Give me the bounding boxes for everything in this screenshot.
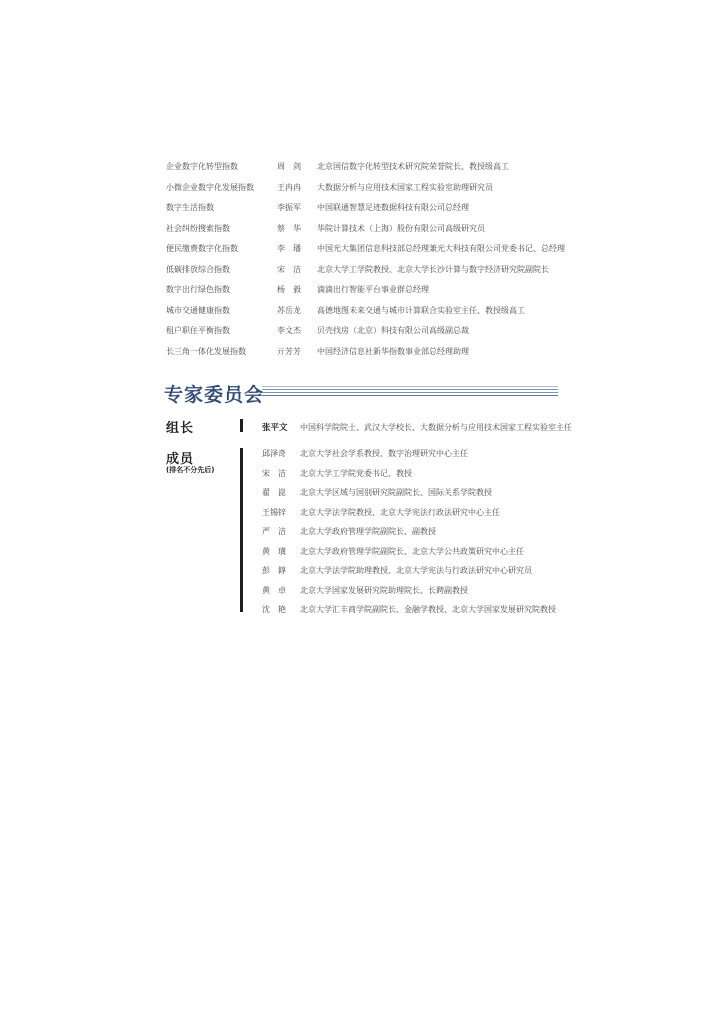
index-name: 城市交通健康指数 — [166, 301, 277, 322]
document-page: 企业数字化转型指数 周 剑 北京国信数字化转型技术研究院荣誉院长、教授级高工 小… — [0, 0, 724, 1024]
member-name: 邱泽奇 — [262, 444, 300, 464]
person-title: 中国联通智慧足迹数据科技有限公司总经理 — [317, 198, 566, 219]
advisor-row: 城市交通健康指数 苏岳龙 高德地图未来交通与城市计算联合实验室主任、教授级高工 — [166, 301, 566, 322]
member-title: 北京大学工学院党委书记、教授 — [300, 464, 562, 484]
index-name: 社会纠纷搜索指数 — [166, 219, 277, 240]
person-title: 北京大学工学院教授、北京大学长沙计算与数字经济研究院副院长 — [317, 260, 566, 281]
member-title: 北京大学法学院助理教授、北京大学宪法与行政法研究中心研究员 — [300, 561, 562, 581]
leader-title: 中国科学院院士、武汉大学校长、大数据分析与应用技术国家工程实验室主任 — [300, 422, 572, 433]
leader-divider-bar — [240, 419, 243, 432]
advisor-row: 便民缴费数字化指数 李 璠 中国光大集团信息科技部总经理兼光大科技有限公司党委书… — [166, 239, 566, 260]
member-row: 王锡锌 北京大学法学院教授、北京大学宪法行政法研究中心主任 — [262, 503, 562, 523]
advisor-row: 小微企业数字化发展指数 王冉冉 大数据分析与应用技术国家工程实验室助理研究员 — [166, 178, 566, 199]
member-name: 彭 錞 — [262, 561, 300, 581]
leader-label: 组长 — [166, 417, 194, 436]
person-title: 高德地图未来交通与城市计算联合实验室主任、教授级高工 — [317, 301, 566, 322]
member-row: 黄 卓 北京大学国家发展研究院助理院长、长聘副教授 — [262, 581, 562, 601]
member-row: 沈 艳 北京大学汇丰商学院副院长、金融学教授、北京大学国家发展研究院教授 — [262, 600, 562, 620]
members-note: (排名不分先后) — [166, 465, 214, 475]
index-advisors-list: 企业数字化转型指数 周 剑 北京国信数字化转型技术研究院荣誉院长、教授级高工 小… — [166, 157, 566, 362]
member-title: 北京大学政府管理学院副院长、北京大学公共政策研究中心主任 — [300, 542, 562, 562]
member-title: 北京大学国家发展研究院助理院长、长聘副教授 — [300, 581, 562, 601]
advisor-row: 企业数字化转型指数 周 剑 北京国信数字化转型技术研究院荣誉院长、教授级高工 — [166, 157, 566, 178]
person-name: 李 璠 — [277, 239, 317, 260]
advisor-row: 数字出行绿色指数 杨 毅 滴滴出行智能平台事业群总经理 — [166, 280, 566, 301]
member-name: 翟 崑 — [262, 483, 300, 503]
member-name: 沈 艳 — [262, 600, 300, 620]
person-name: 周 剑 — [277, 157, 317, 178]
person-title: 中国光大集团信息科技部总经理兼光大科技有限公司党委书记、总经理 — [317, 239, 566, 260]
member-title: 北京大学区域与国别研究院副院长、国际关系学院教授 — [300, 483, 562, 503]
member-title: 北京大学汇丰商学院副院长、金融学教授、北京大学国家发展研究院教授 — [300, 600, 562, 620]
advisor-row: 租户职住平衡指数 李文杰 贝壳找房（北京）科技有限公司高级副总裁 — [166, 321, 566, 342]
person-name: 苏岳龙 — [277, 301, 317, 322]
person-name: 蔡 华 — [277, 219, 317, 240]
member-name: 王锡锌 — [262, 503, 300, 523]
index-name: 租户职住平衡指数 — [166, 321, 277, 342]
member-row: 彭 錞 北京大学法学院助理教授、北京大学宪法与行政法研究中心研究员 — [262, 561, 562, 581]
heading-rule-lines — [262, 386, 558, 396]
index-name: 便民缴费数字化指数 — [166, 239, 277, 260]
member-row: 宋 洁 北京大学工学院党委书记、教授 — [262, 464, 562, 484]
person-name: 宋 洁 — [277, 260, 317, 281]
person-name: 李振军 — [277, 198, 317, 219]
member-row: 翟 崑 北京大学区域与国别研究院副院长、国际关系学院教授 — [262, 483, 562, 503]
members-divider-bar — [240, 448, 243, 612]
index-name: 企业数字化转型指数 — [166, 157, 277, 178]
person-title: 贝壳找房（北京）科技有限公司高级副总裁 — [317, 321, 566, 342]
member-title: 北京大学法学院教授、北京大学宪法行政法研究中心主任 — [300, 503, 562, 523]
members-list: 邱泽奇 北京大学社会学系教授、数字治理研究中心主任 宋 洁 北京大学工学院党委书… — [262, 444, 562, 620]
section-title: 专家委员会 — [164, 380, 264, 407]
member-row: 严 洁 北京大学政府管理学院副院长、副教授 — [262, 522, 562, 542]
member-title: 北京大学政府管理学院副院长、副教授 — [300, 522, 562, 542]
index-name: 长三角一体化发展指数 — [166, 342, 277, 363]
person-title: 滴滴出行智能平台事业群总经理 — [317, 280, 566, 301]
person-name: 李文杰 — [277, 321, 317, 342]
member-row: 黄 璜 北京大学政府管理学院副院长、北京大学公共政策研究中心主任 — [262, 542, 562, 562]
person-title: 中国经济信息社新华指数事业部总经理助理 — [317, 342, 566, 363]
advisor-row: 低碳排放综合指数 宋 洁 北京大学工学院教授、北京大学长沙计算与数字经济研究院副… — [166, 260, 566, 281]
person-title: 华院计算技术（上海）股份有限公司高级研究员 — [317, 219, 566, 240]
advisor-row: 数字生活指数 李振军 中国联通智慧足迹数据科技有限公司总经理 — [166, 198, 566, 219]
member-name: 黄 璜 — [262, 542, 300, 562]
index-name: 数字出行绿色指数 — [166, 280, 277, 301]
member-name: 黄 卓 — [262, 581, 300, 601]
advisor-row: 社会纠纷搜索指数 蔡 华 华院计算技术（上海）股份有限公司高级研究员 — [166, 219, 566, 240]
advisor-row: 长三角一体化发展指数 亓芳芳 中国经济信息社新华指数事业部总经理助理 — [166, 342, 566, 363]
person-name: 杨 毅 — [277, 280, 317, 301]
person-name: 王冉冉 — [277, 178, 317, 199]
member-name: 宋 洁 — [262, 464, 300, 484]
index-name: 小微企业数字化发展指数 — [166, 178, 277, 199]
person-title: 大数据分析与应用技术国家工程实验室助理研究员 — [317, 178, 566, 199]
person-name: 亓芳芳 — [277, 342, 317, 363]
member-title: 北京大学社会学系教授、数字治理研究中心主任 — [300, 444, 562, 464]
leader-name: 张平文 — [262, 421, 288, 433]
index-name: 低碳排放综合指数 — [166, 260, 277, 281]
index-name: 数字生活指数 — [166, 198, 277, 219]
person-title: 北京国信数字化转型技术研究院荣誉院长、教授级高工 — [317, 157, 566, 178]
member-name: 严 洁 — [262, 522, 300, 542]
member-row: 邱泽奇 北京大学社会学系教授、数字治理研究中心主任 — [262, 444, 562, 464]
